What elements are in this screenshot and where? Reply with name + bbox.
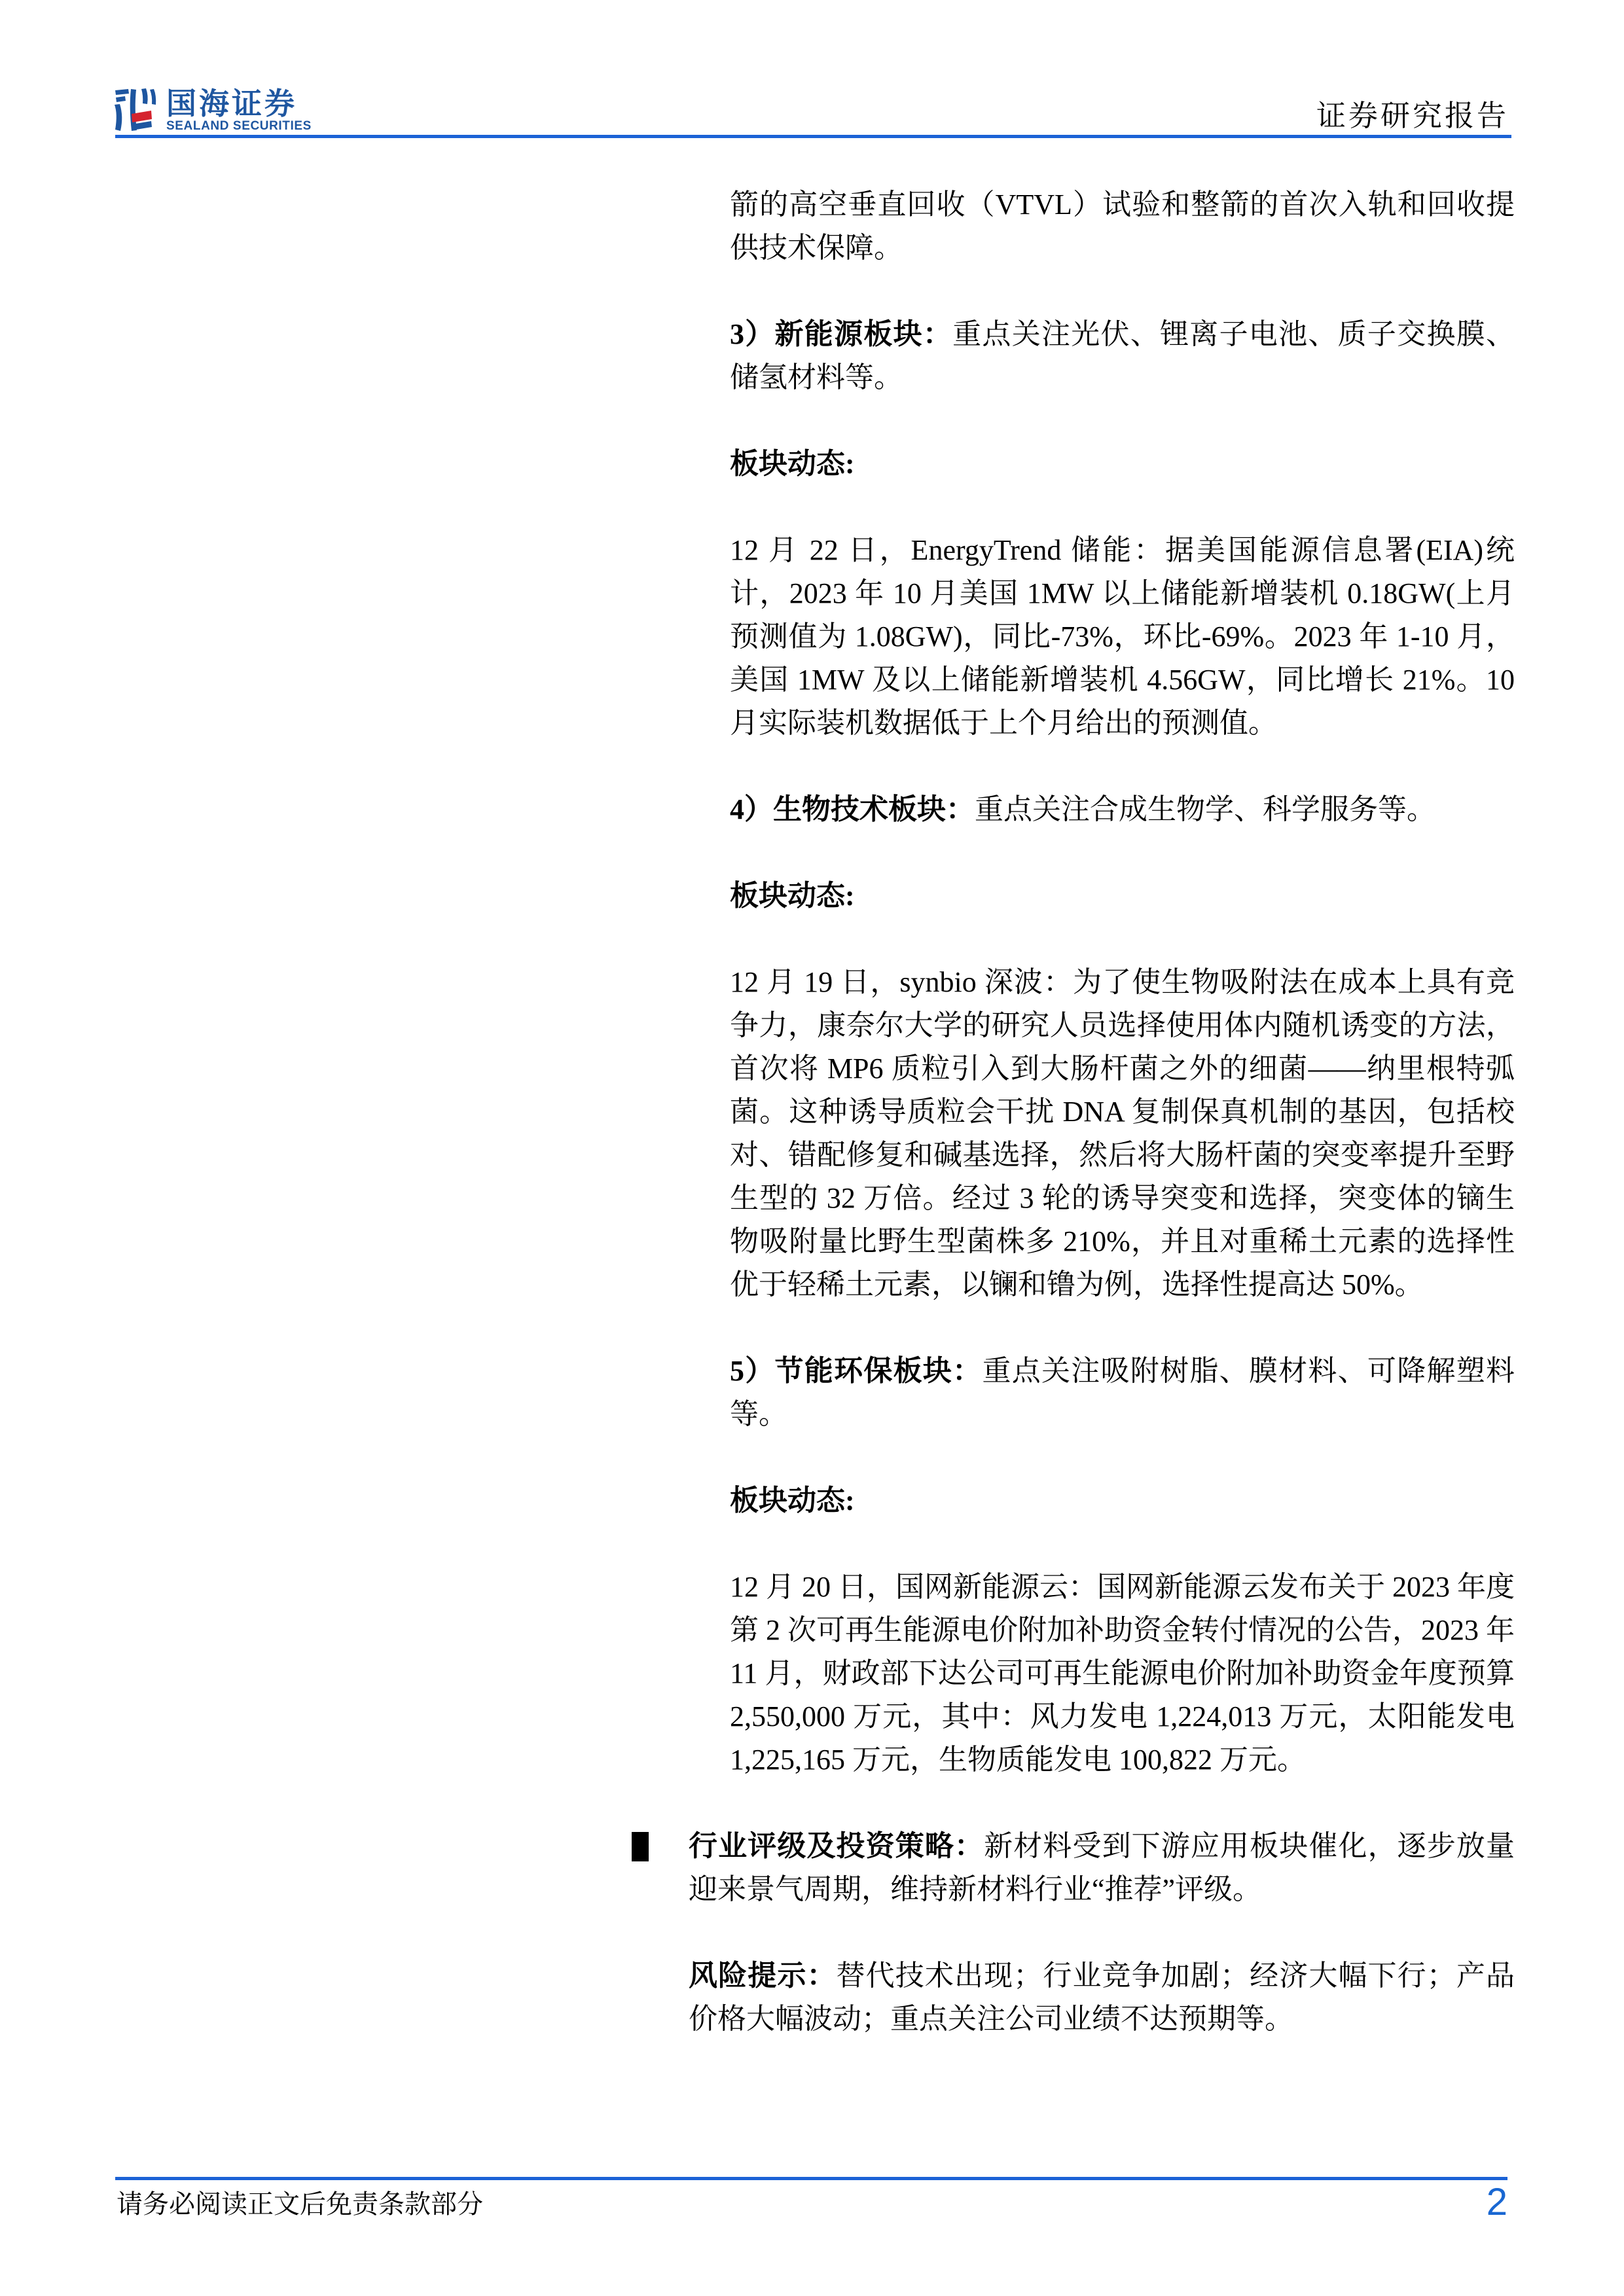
- rating-lead: 行业评级及投资策略：: [689, 1830, 984, 1862]
- paragraph-text: 12 月 19 日，synbio 深波：为了使生物吸附法在成本上具有竞争力，康奈…: [730, 966, 1515, 1300]
- sealand-logo-icon: [113, 88, 156, 132]
- paragraph-risk-warning: 风险提示：替代技术出现；行业竞争加剧；经济大幅下行；产品价格大幅波动；重点关注公…: [689, 1954, 1515, 2041]
- paragraph-state-grid-news: 12 月 20 日，国网新能源云：国网新能源云发布关于 2023 年度第 2 次…: [689, 1566, 1515, 1782]
- report-type-label: 证券研究报告: [1316, 92, 1509, 134]
- paragraph-energytrend-storage: 12 月 22 日，EnergyTrend 储能：据美国能源信息署(EIA)统计…: [689, 529, 1515, 745]
- paragraph-text: 12 月 20 日，国网新能源云：国网新能源云发布关于 2023 年度第 2 次…: [730, 1571, 1515, 1776]
- paragraph-synbio-news: 12 月 19 日，synbio 深波：为了使生物吸附法在成本上具有竞争力，康奈…: [689, 961, 1515, 1306]
- paragraph-industry-rating: 行业评级及投资策略：新材料受到下游应用板块催化，逐步放量迎来景气周期，维持新材料…: [689, 1825, 1515, 1911]
- section-lead: 4）生物技术板块：: [730, 793, 975, 825]
- report-body: 箭的高空垂直回收（VTVL）试验和整箭的首次入轨和回收提供技术保障。 3）新能源…: [689, 183, 1515, 2084]
- logo-name-en: SEALAND SECURITIES: [166, 119, 312, 134]
- risk-lead: 风险提示：: [689, 1960, 837, 1992]
- page-number: 2: [1434, 2182, 1507, 2223]
- paragraph-new-energy-sector: 3）新能源板块：重点关注光伏、锂离子电池、质子交换膜、储氢材料等。: [689, 313, 1515, 399]
- logo-wordmark: 国海证券 SEALAND SECURITIES: [166, 88, 312, 134]
- paragraph-biotech-sector: 4）生物技术板块：重点关注合成生物学、科学服务等。: [689, 788, 1515, 831]
- logo-name-cn: 国海证券: [166, 88, 312, 119]
- paragraph-energy-saving-sector: 5）节能环保板块：重点关注吸附树脂、膜材料、可降解塑料等。: [689, 1350, 1515, 1436]
- paragraph-rocket-recovery: 箭的高空垂直回收（VTVL）试验和整箭的首次入轨和回收提供技术保障。: [689, 183, 1515, 270]
- disclaimer-text: 请务必阅读正文后免责条款部分: [117, 2187, 483, 2221]
- heading-sector-dynamics-3: 板块动态:: [689, 1479, 1515, 1522]
- footer-divider: [115, 2177, 1507, 2180]
- section-lead: 3）新能源板块：: [730, 318, 952, 350]
- rating-section: 行业评级及投资策略：新材料受到下游应用板块催化，逐步放量迎来景气周期，维持新材料…: [689, 1825, 1515, 1911]
- paragraph-text: 12 月 22 日，EnergyTrend 储能：据美国能源信息署(EIA)统计…: [730, 534, 1515, 739]
- paragraph-text: 重点关注合成生物学、科学服务等。: [975, 793, 1435, 825]
- brand-logo: 国海证券 SEALAND SECURITIES: [113, 88, 312, 134]
- section-lead: 5）节能环保板块：: [730, 1355, 982, 1387]
- heading-text: 板块动态:: [730, 448, 855, 480]
- heading-text: 板块动态:: [730, 1484, 855, 1516]
- heading-sector-dynamics-2: 板块动态:: [689, 874, 1515, 918]
- document-page: 国海证券 SEALAND SECURITIES 证券研究报告 箭的高空垂直回收（…: [0, 0, 1624, 2296]
- paragraph-text: 箭的高空垂直回收（VTVL）试验和整箭的首次入轨和回收提供技术保障。: [730, 188, 1515, 264]
- header-divider: [115, 135, 1511, 138]
- square-bullet-icon: [632, 1832, 649, 1861]
- heading-sector-dynamics-1: 板块动态:: [689, 442, 1515, 486]
- heading-text: 板块动态:: [730, 880, 855, 912]
